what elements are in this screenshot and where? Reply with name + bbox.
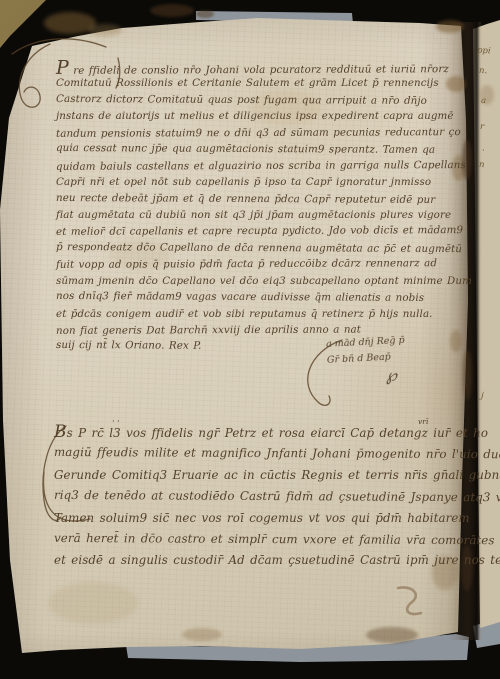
- paragraph-2: Bs P rc̄ l3 vos ffidelis ngr̄ Petrz et r…: [54, 424, 460, 574]
- photograph-backdrop: P re ffideli de conslio nr̄o Johani vola…: [0, 0, 500, 679]
- manuscript-line: fiat augmētata cū dubiū non sit q3 jp…: [56, 208, 448, 224]
- interline-mark-note: vrī: [418, 417, 428, 426]
- stain: [450, 330, 462, 352]
- stain: [88, 24, 122, 36]
- manuscript-line: n.: [479, 66, 488, 77]
- stain: [150, 4, 194, 17]
- manuscript-line: Comitatuū Rossilionis et Ceritanie Salu…: [56, 76, 448, 92]
- manuscript-line: Capr̄i nr̄i et opel nōt sub capellanis …: [56, 175, 448, 191]
- stain: [461, 545, 473, 591]
- signature-block: a mād dn̄j Reḡ p̄ Gr̄ bn̄ d Beap̄ ℘: [326, 331, 439, 389]
- manuscript-line: ppi: [477, 46, 491, 57]
- manuscript-line: fuit vopp ad opis q̄ puisio p̄dm̄ facta …: [56, 256, 448, 274]
- paragraph-1: P re ffideli de conslio nr̄o Johani vola…: [56, 60, 448, 356]
- manuscript-line: et p̄dcās conigem audir̄ et vob sibi re…: [56, 307, 448, 323]
- manuscript-line: quia cessat nunc jp̄e qua augmētacionis…: [56, 141, 448, 159]
- manuscript-line: et eisdē a singulis custodir̄ Ad dc̄am …: [54, 552, 460, 573]
- manuscript-line: Gerunde Comitiq3 Eruarie ac in cūctis R…: [54, 467, 460, 488]
- stain: [182, 628, 222, 641]
- manuscript-line: a: [481, 96, 487, 106]
- stain: [196, 10, 214, 18]
- manuscript-line: Tamen soluim9 sic̄ nec vos roī cogemus …: [54, 510, 460, 531]
- manuscript-line: P re ffideli de conslio nr̄o Johani vola…: [56, 59, 448, 77]
- manuscript-line: jnstans de aiutorijs ut melius et dilige…: [56, 109, 448, 125]
- stain: [463, 350, 472, 400]
- manuscript-line: Bs P rc̄ l3 vos ffidelis ngr̄ Petrz et r…: [54, 424, 460, 445]
- stain: [446, 76, 466, 92]
- manuscript-line: verā heret̄ in dc̄o castro et simplr̄ c…: [54, 530, 460, 554]
- manuscript-line: riq3 de tenēdo at custodiēdo Castrū f…: [54, 487, 460, 511]
- stain: [48, 582, 138, 624]
- manuscript-line: r: [480, 122, 485, 132]
- stain: [366, 627, 418, 643]
- manuscript-line: nos dnīq3 fier̄ mādam9 vagas vacare au…: [56, 289, 448, 307]
- stain: [436, 20, 464, 33]
- manuscript-line: et melior̄ dcī capellanis et capre recu…: [56, 224, 448, 242]
- manuscript-line: magiū ffeudis milite et magnifico Jnfan…: [54, 444, 460, 468]
- interline-mark-dots: ··: [112, 417, 122, 427]
- manuscript-line: j: [481, 391, 484, 401]
- manuscript-line: quidam baiuls castellans et alguazirio n…: [56, 158, 448, 176]
- manuscript-line: neu recte debeāt jp̄am et q̄ de rennena…: [56, 190, 448, 208]
- paraph-mark: ℘: [385, 363, 438, 386]
- manuscript-line: Castrorz dictorz Comitatuū quas post fu…: [56, 92, 448, 110]
- manuscript-line: n: [479, 160, 485, 170]
- manuscript-line: sūmam jmenin dc̄o Capellano vel dc̄o ei…: [56, 274, 448, 290]
